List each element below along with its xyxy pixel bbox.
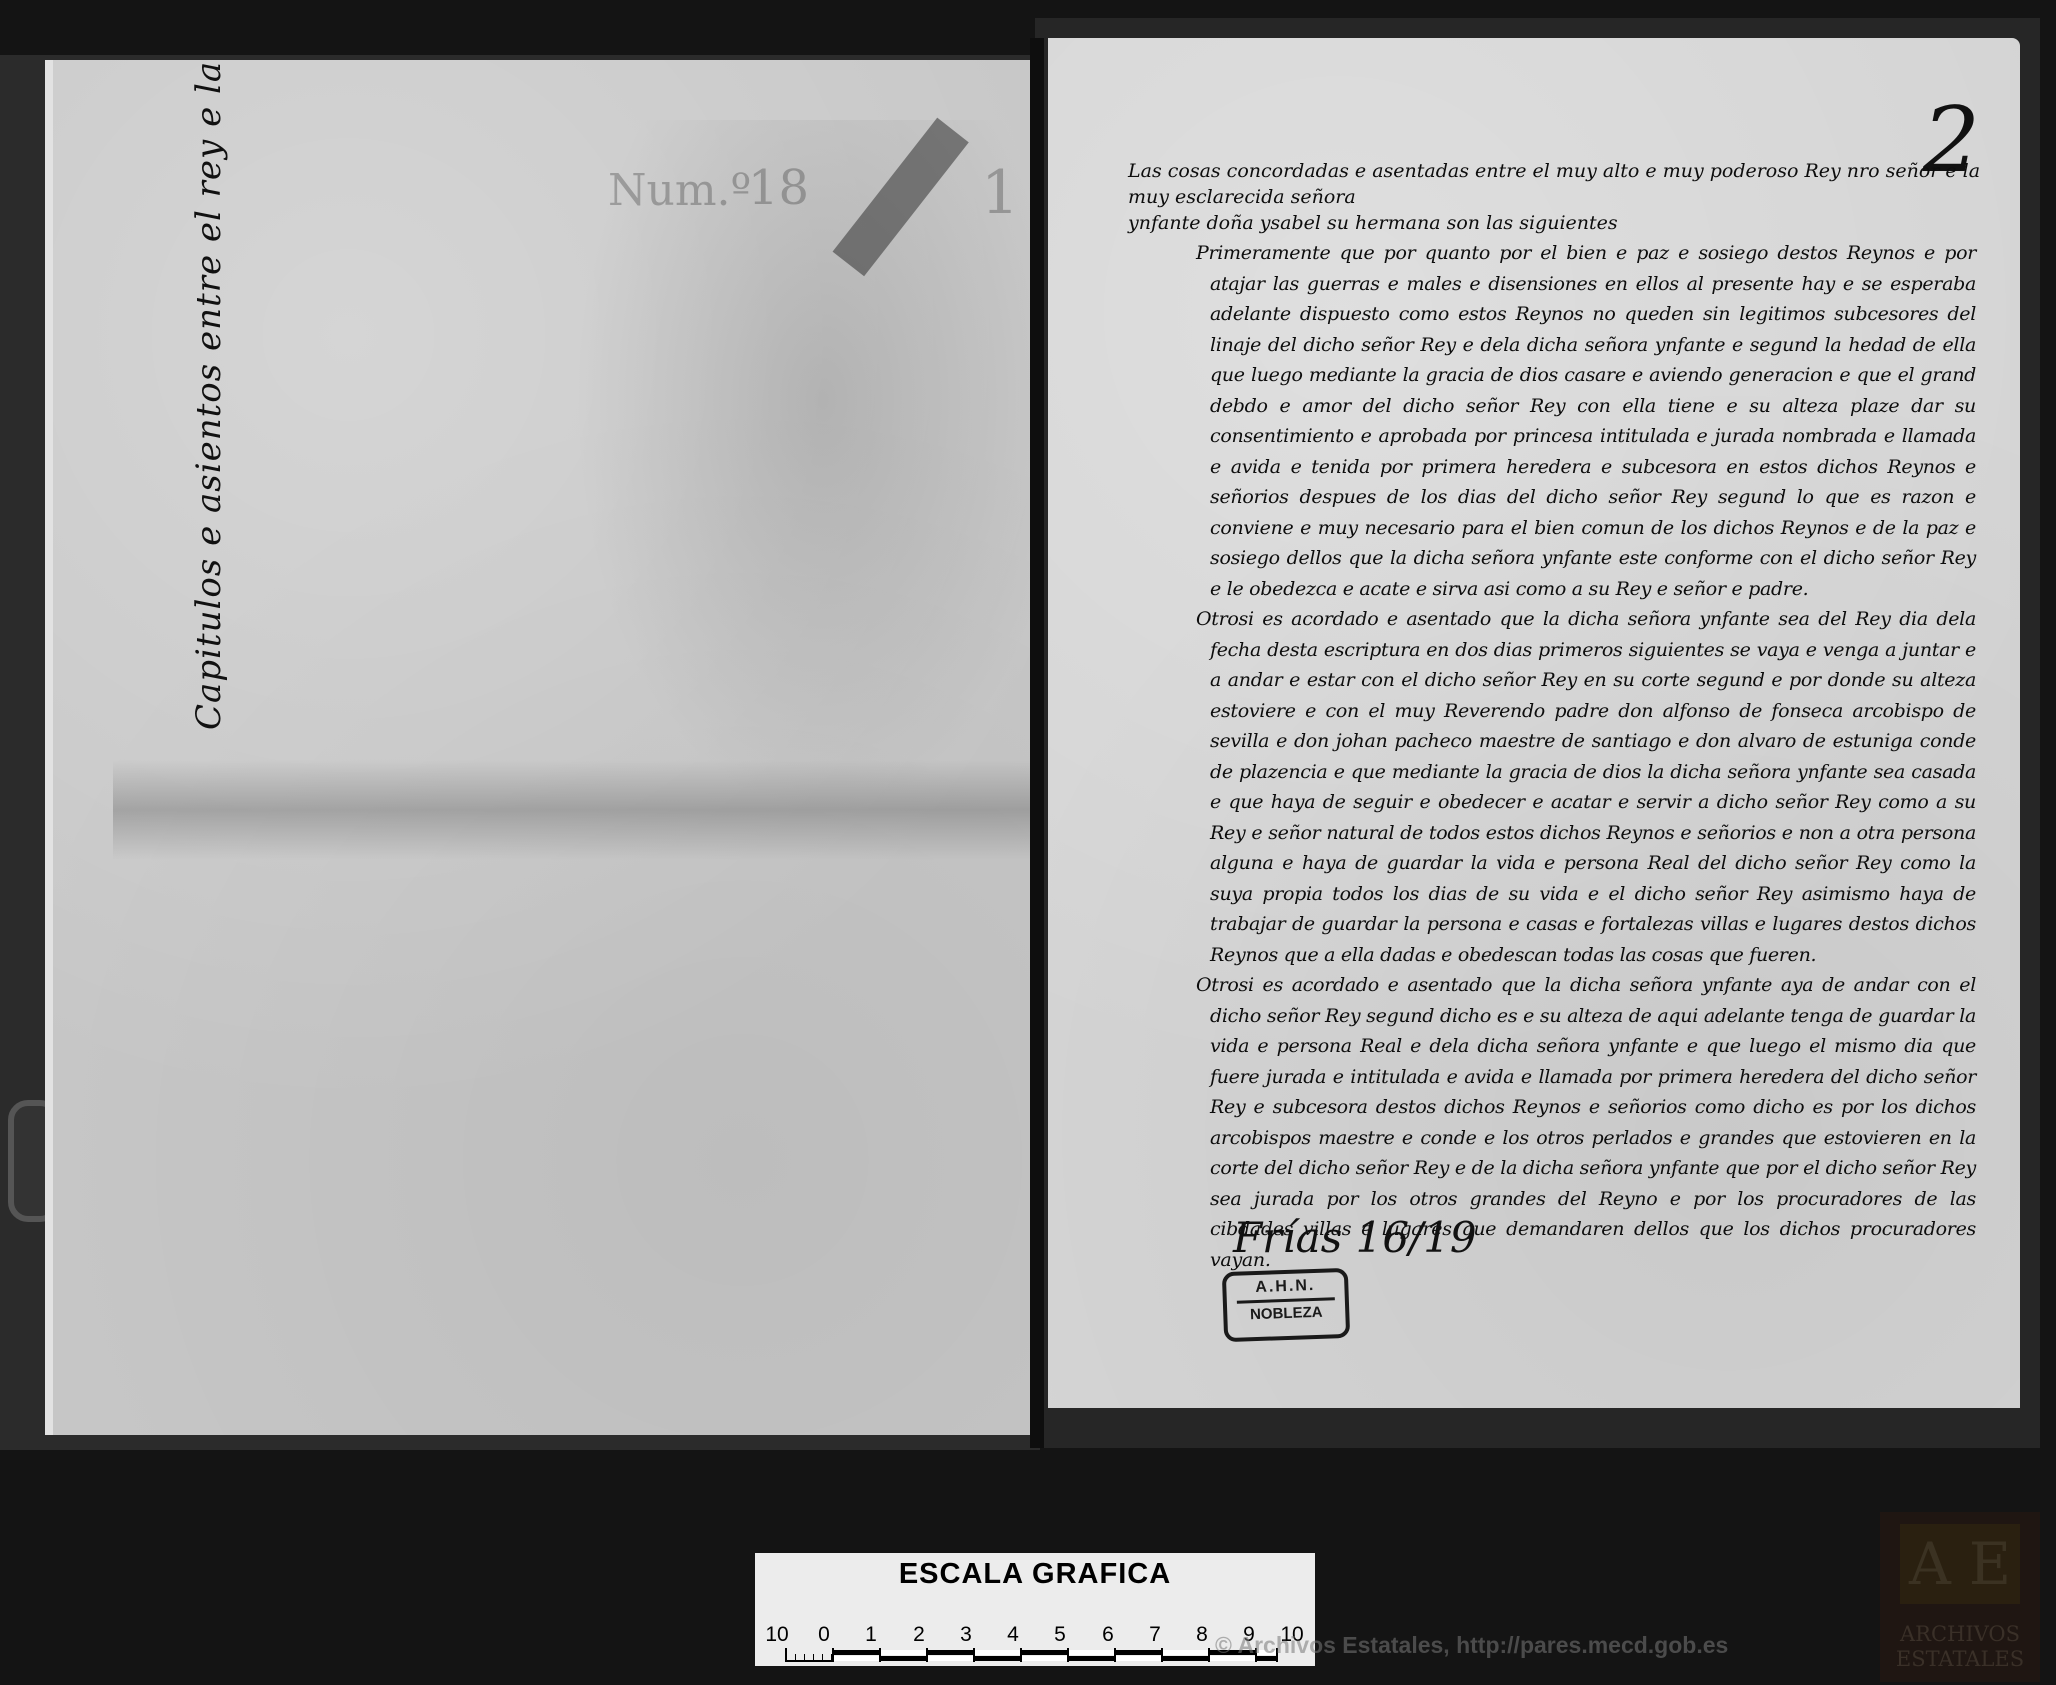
stamp-rule: [1237, 1297, 1335, 1303]
book-spine: [1030, 38, 1044, 1448]
archivos-estatales-logo: A E ARCHIVOS ESTATALES: [1880, 1512, 2040, 1682]
logo-letter-e: E: [1969, 1530, 2011, 1598]
scale-bar: [785, 1648, 1278, 1662]
archive-stamp: A.H.N. NOBLEZA: [1222, 1268, 1350, 1342]
heading-line: Las cosas concordadas e asentadas entre …: [1128, 158, 2008, 210]
paragraph: Otrosi es acordado e asentado que la dic…: [1196, 604, 1976, 970]
scale-label: 0: [818, 1623, 830, 1647]
scale-title: ESCALA GRAFICA: [755, 1558, 1315, 1591]
document-body: Primeramente que por quanto por el bien …: [1196, 238, 1976, 1275]
faded-folio-mark: 1: [981, 158, 1019, 228]
logo-caption: ARCHIVOS ESTATALES: [1880, 1622, 2040, 1672]
scale-label: 6: [1102, 1623, 1114, 1647]
scale-label: 4: [1007, 1623, 1019, 1647]
scale-label: 3: [960, 1623, 972, 1647]
scale-subdivided-segment: [785, 1648, 832, 1662]
heading-line: ynfante doña ysabel su hermana son las s…: [1128, 210, 2008, 236]
logo-text-line: ESTATALES: [1880, 1647, 2040, 1672]
scale-label: 2: [913, 1623, 925, 1647]
left-page: Num.º 18 1 Capitulos e asientos entre el…: [45, 60, 1038, 1435]
scale-label: 7: [1149, 1623, 1161, 1647]
archive-annotation: Frías 16/19: [1233, 1213, 1477, 1262]
logo-letter-a: A: [1909, 1530, 1951, 1598]
logo-text-line: ARCHIVOS: [1880, 1622, 2040, 1647]
faded-number-value: 18: [748, 160, 809, 216]
scale-label: 5: [1054, 1623, 1066, 1647]
fold-stain: [113, 760, 1038, 860]
faded-number-label: Num.º: [608, 165, 751, 216]
document-heading: Las cosas concordadas e asentadas entre …: [1128, 158, 2008, 236]
paragraph: Primeramente que por quanto por el bien …: [1196, 238, 1976, 604]
right-page: 2 Las cosas concordadas e asentadas entr…: [1048, 38, 2020, 1408]
scale-label: 1: [865, 1623, 877, 1647]
page-stain: [573, 120, 1038, 820]
stamp-bottom: NOBLEZA: [1227, 1303, 1346, 1324]
logo-letters: A E: [1900, 1524, 2020, 1604]
marginal-note: Capitulos e asientos entre el rey e la i…: [188, 170, 230, 730]
copyright-watermark: © Archivos Estatales, http://pares.mecd.…: [1215, 1632, 1728, 1659]
scale-label: 8: [1196, 1623, 1208, 1647]
stamp-top: A.H.N.: [1226, 1276, 1345, 1298]
scale-label: 10: [765, 1623, 788, 1647]
